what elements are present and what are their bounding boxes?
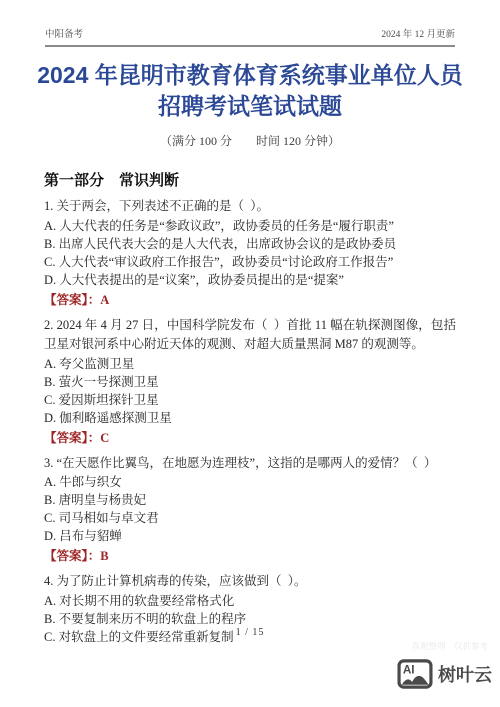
option-b: B. 萤火一号探测卫星 bbox=[44, 373, 456, 391]
option-d: D. 伽利略遥感探测卫星 bbox=[44, 409, 456, 427]
answer-line: 【答案】：B bbox=[44, 547, 456, 565]
option-b: B. 唐明皇与杨贵妃 bbox=[44, 491, 456, 509]
option-b: B. 出席人民代表大会的是人大代表，出席政协会议的是政协委员 bbox=[44, 235, 456, 253]
page-header: 中阳备考 2024 年 12 月更新 bbox=[45, 0, 455, 47]
question-3: 3. “在天愿作比翼鸟，在地愿为连理枝”，这指的是哪两人的爱情？（ ） A. 牛… bbox=[44, 454, 456, 566]
ai-logo-letters: AI bbox=[403, 664, 415, 677]
answer-line: 【答案】：C bbox=[44, 429, 456, 447]
option-c: C. 司马相如与卓文君 bbox=[44, 509, 456, 527]
header-right-label: 2024 年 12 月更新 bbox=[381, 26, 455, 40]
header-left-label: 中阳备考 bbox=[45, 26, 83, 40]
page-number: 1 / 15 bbox=[0, 627, 500, 638]
question-1: 1. 关于两会，下列表述不正确的是（ ）。 A. 人大代表的任务是“参政议政”，… bbox=[44, 197, 456, 309]
brand-name-label: 树叶云 bbox=[438, 661, 492, 687]
exam-meta-subtitle: （满分 100 分 时间 120 分钟） bbox=[0, 132, 500, 149]
answer-line: 【答案】：A bbox=[44, 291, 456, 309]
option-b: B. 不要复制来历不明的软盘上的程序 bbox=[44, 610, 456, 628]
mountain-shape bbox=[402, 676, 429, 685]
option-a: A. 对长期不用的软盘要经常格式化 bbox=[44, 592, 456, 610]
exam-document-page: 中阳备考 2024 年 12 月更新 2024 年昆明市教育体育系统事业单位人员… bbox=[0, 0, 500, 707]
question-stem: 2. 2024 年 4 月 27 日，中国科学院发布（ ）首批 11 幅在轨探测… bbox=[44, 316, 456, 355]
exam-body: 第一部分 常识判断 1. 关于两会，下列表述不正确的是（ ）。 A. 人大代表的… bbox=[44, 169, 456, 646]
option-a: A. 夸父监测卫星 bbox=[44, 355, 456, 373]
option-d: D. 人大代表提出的是“议案”，政协委员提出的是“提案” bbox=[44, 271, 456, 289]
option-d: D. 吕布与貂蝉 bbox=[44, 527, 456, 545]
section-heading: 第一部分 常识判断 bbox=[44, 169, 456, 190]
watermark-block: 真题整理 仅供参考 AI 树叶云 bbox=[397, 640, 492, 689]
question-2: 2. 2024 年 4 月 27 日，中国科学院发布（ ）首批 11 幅在轨探测… bbox=[44, 316, 456, 447]
option-c: C. 人大代表“审议政府工作报告”，政协委员“讨论政府工作报告” bbox=[44, 253, 456, 271]
brand-logo-row: AI 树叶云 bbox=[397, 659, 492, 689]
option-c: C. 爱因斯坦探针卫星 bbox=[44, 391, 456, 409]
question-stem: 4. 为了防止计算机病毒的传染，应该做到（ ）。 bbox=[44, 572, 456, 592]
option-a: A. 牛郎与织女 bbox=[44, 473, 456, 491]
watermark-faint-text: 真题整理 仅供参考 bbox=[397, 640, 488, 652]
question-stem: 3. “在天愿作比翼鸟，在地愿为连理枝”，这指的是哪两人的爱情？（ ） bbox=[44, 454, 456, 474]
page-title: 2024 年昆明市教育体育系统事业单位人员招聘考试笔试试题 bbox=[28, 60, 472, 122]
ai-image-logo-icon: AI bbox=[397, 659, 433, 689]
option-a: A. 人大代表的任务是“参政议政”，政协委员的任务是“履行职责” bbox=[44, 217, 456, 235]
question-stem: 1. 关于两会，下列表述不正确的是（ ）。 bbox=[44, 197, 456, 217]
